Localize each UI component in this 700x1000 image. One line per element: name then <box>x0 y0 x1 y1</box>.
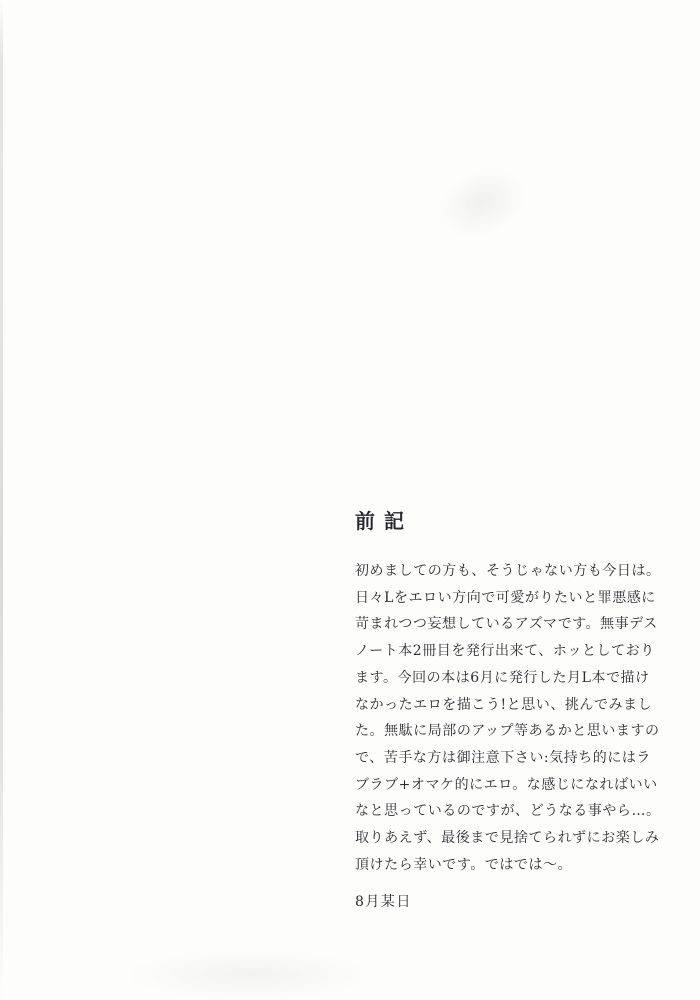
paragraph-line: ノート本2冊目を発行出来て、ホッとしており <box>355 638 660 665</box>
scan-smudge-artifact-top <box>423 152 542 254</box>
scanned-book-page: 前記 初めましての方も、そうじゃない方も今日は。 日々Lをエロい方向で可愛がりた… <box>0 0 700 1000</box>
paragraph-line: で、苦手な方は御注意下さい:気持ち的にはラ <box>355 745 660 772</box>
paragraph-line: なと思っているのですが、どうなる事やら…。 <box>355 798 660 825</box>
scan-smudge-artifact-bottom <box>125 950 375 1000</box>
paragraph-line: ブラブ+オマケ的にエロ。な感じになればいい <box>355 772 660 799</box>
scan-edge-artifact <box>0 0 3 1000</box>
paragraph-line: ます。今回の本は6月に発行した月L本で描け <box>355 665 660 692</box>
paragraph-line: 日々Lをエロい方向で可愛がりたいと罪悪感に <box>355 585 660 612</box>
paragraph-line: なかったエロを描こう!と思い、挑んでみまし <box>355 692 660 719</box>
foreword-title: 前記 <box>355 509 660 534</box>
paragraph-line: 頂けたら幸いです。ではでは〜。 <box>355 852 660 879</box>
paragraph-line: 初めましての方も、そうじゃない方も今日は。 <box>355 558 660 585</box>
paragraph-line: 取りあえず、最後まで見捨てられずにお楽しみ <box>355 825 660 852</box>
foreword-text-block: 前記 初めましての方も、そうじゃない方も今日は。 日々Lをエロい方向で可愛がりた… <box>355 509 660 916</box>
paragraph-line: た。無駄に局部のアップ等あるかと思いますの <box>355 718 660 745</box>
paragraph-line: 苛まれつつ妄想しているアズマです。無事デス <box>355 611 660 638</box>
date-line: 8月某日 <box>355 889 660 916</box>
